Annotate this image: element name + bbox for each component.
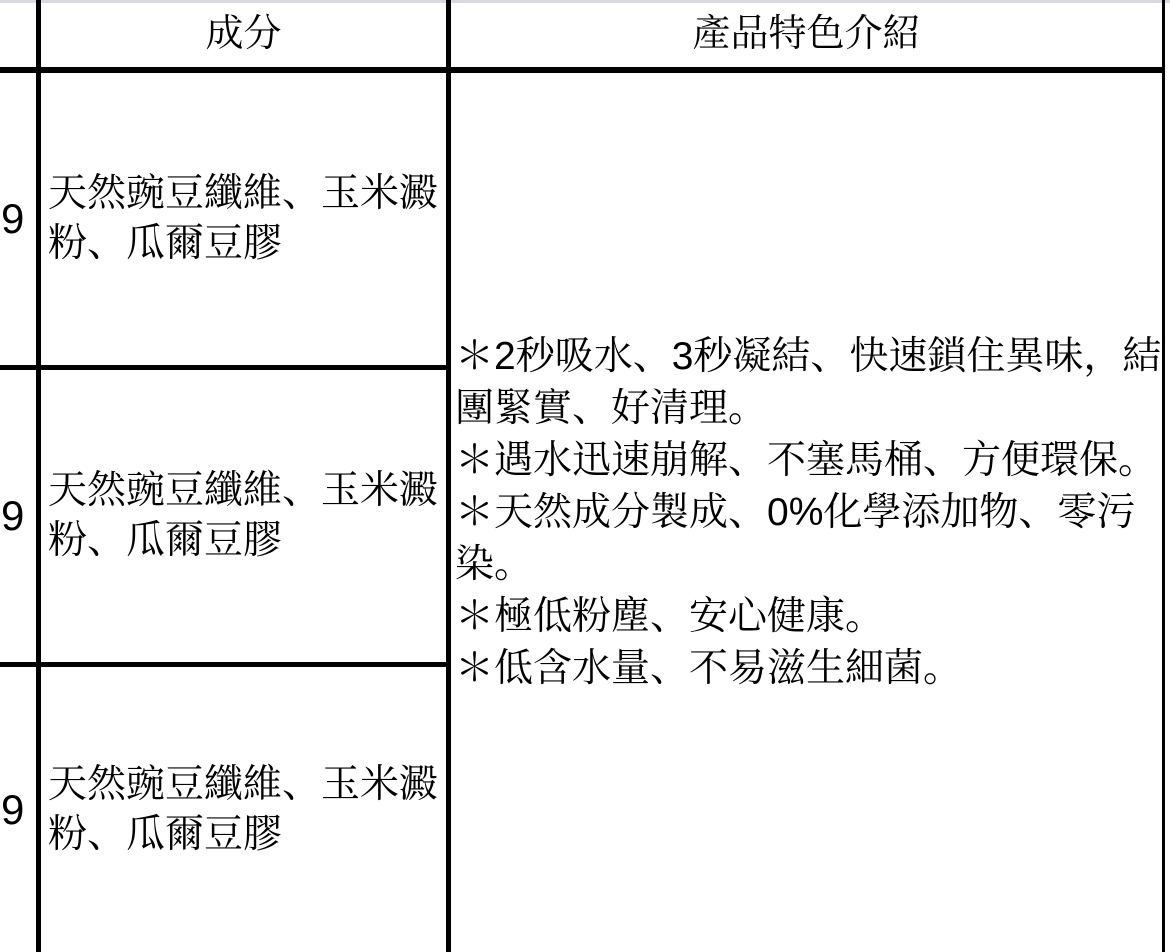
row-divider-1-2 [0,365,451,370]
price-fragment-row-2: 9 [1,370,35,662]
ingredients-cell-row-2: 天然豌豆纖維、玉米澱粉、瓜爾豆膠 [48,370,446,662]
ingredients-cell-row-1: 天然豌豆纖維、玉米澱粉、瓜爾豆膠 [48,73,446,365]
feature-item-absorption: ＊2秒吸水、3秒凝結、快速鎖住異味，結團緊實、好清理。 [455,331,1162,435]
product-spec-table-screenshot: 成分 產品特色介紹 9 9 9 天然豌豆纖維、玉米澱粉、瓜爾豆膠 天然豌豆纖維、… [0,0,1170,952]
header-ingredients: 成分 [41,3,446,67]
feature-item-low-moisture: ＊低含水量、不易滋生細菌。 [455,643,1162,695]
ingredients-text: 天然豌豆纖維、玉米澱粉、瓜爾豆膠 [48,169,446,269]
table-right-border [1162,0,1165,952]
ingredients-cell-row-3: 天然豌豆纖維、玉米澱粉、瓜爾豆膠 [48,667,446,952]
feature-item-natural: ＊天然成分製成、0%化學添加物、零污染。 [455,487,1162,591]
header-bottom-border [0,67,1165,73]
feature-item-low-dust: ＊極低粉塵、安心健康。 [455,591,1162,643]
header-features: 產品特色介紹 [451,3,1162,67]
row-divider-2-3 [0,662,451,667]
ingredients-text: 天然豌豆纖維、玉米澱粉、瓜爾豆膠 [48,760,446,860]
feature-item-flushable: ＊遇水迅速崩解、不塞馬桶、方便環保。 [455,435,1162,487]
features-cell: ＊2秒吸水、3秒凝結、快速鎖住異味，結團緊實、好清理。 ＊遇水迅速崩解、不塞馬桶… [455,73,1162,952]
price-fragment-row-3: 9 [1,667,35,952]
ingredients-text: 天然豌豆纖維、玉米澱粉、瓜爾豆膠 [48,466,446,566]
price-fragment-row-1: 9 [1,73,35,365]
column-border-price-ingredients [36,0,41,952]
column-border-ingredients-features [446,0,451,952]
